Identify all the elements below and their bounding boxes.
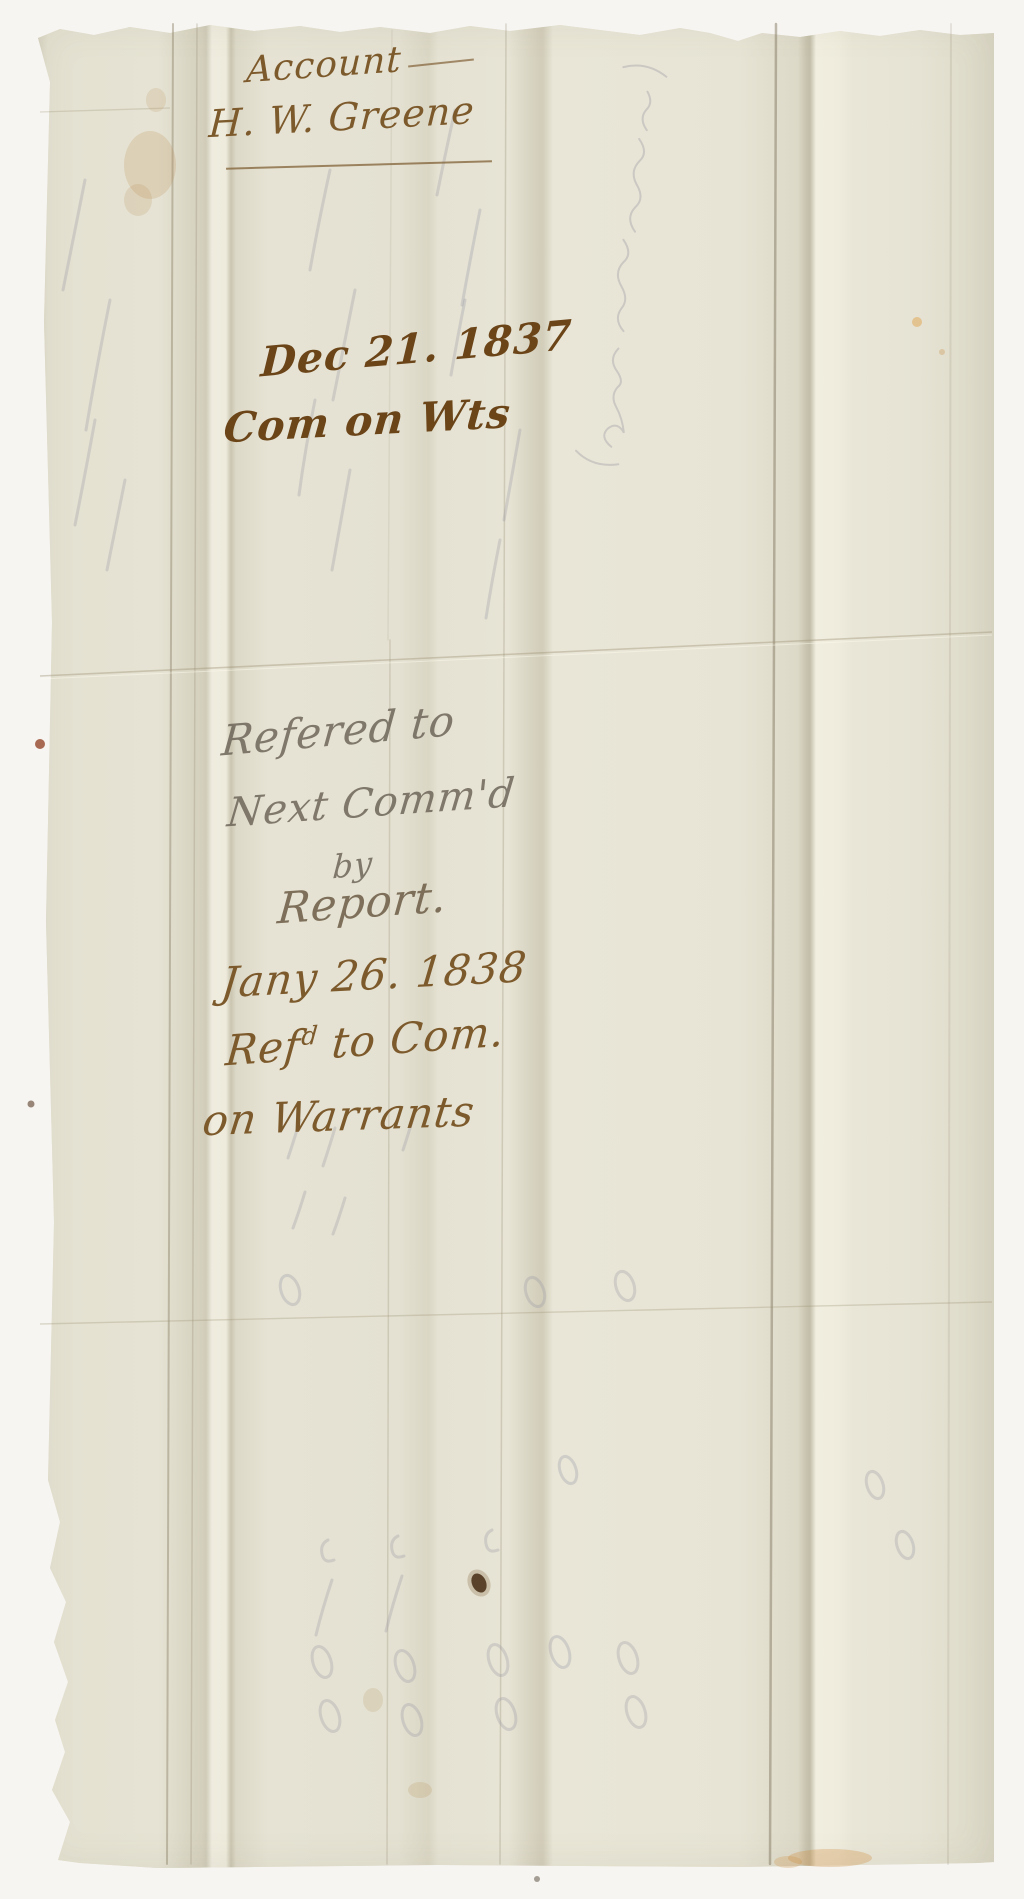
ref-abbrev: Ref	[224, 1021, 303, 1076]
scan-background: Account H. W. Greene Dec 21. 1837 Com on…	[0, 0, 1024, 1899]
entry-on-warrants: on Warrants	[200, 1087, 478, 1146]
